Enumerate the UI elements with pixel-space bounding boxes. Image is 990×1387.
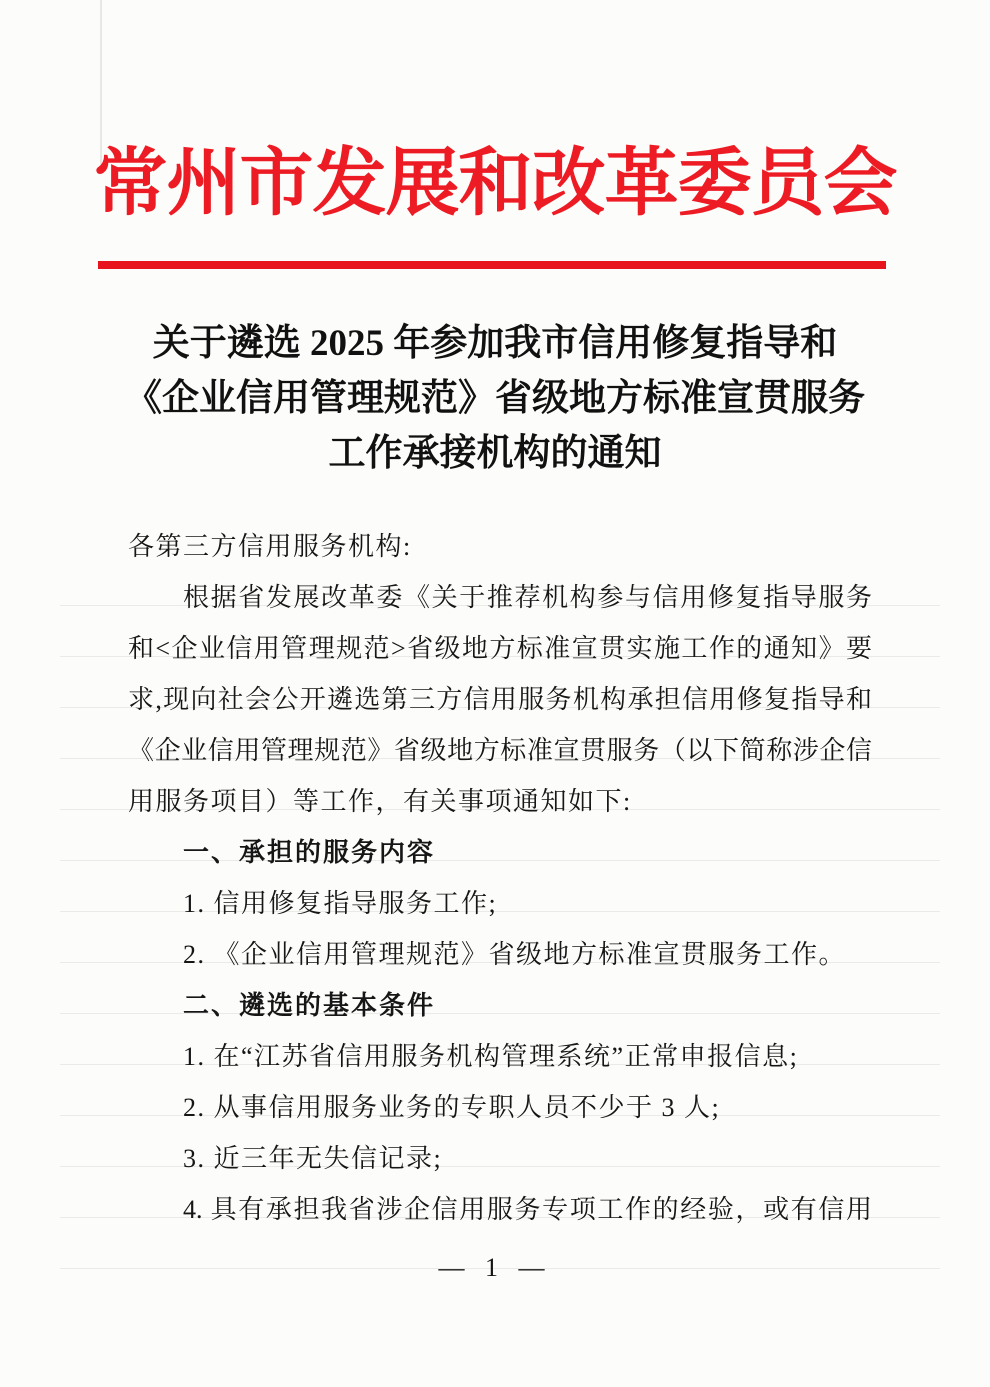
letterhead-separator-line	[98, 261, 886, 269]
list-item: 2. 《企业信用管理规范》省级地方标准宣贯服务工作。	[128, 929, 872, 980]
list-item: 2. 从事信用服务业务的专职人员不少于 3 人;	[128, 1082, 872, 1133]
section-heading-1: 一、承担的服务内容	[128, 827, 872, 878]
document-body: 各第三方信用服务机构: 根据省发展改革委《关于推荐机构参与信用修复指导服务 和<…	[128, 521, 872, 1235]
document-title-line-2: 《企业信用管理规范》省级地方标准宣贯服务	[60, 371, 930, 426]
paragraph-line: 用服务项目）等工作，有关事项通知如下:	[128, 776, 872, 827]
document-title-line-3: 工作承接机构的通知	[60, 426, 930, 481]
list-item: 3. 近三年无失信记录;	[128, 1133, 872, 1184]
document-title: 关于遴选 2025 年参加我市信用修复指导和 《企业信用管理规范》省级地方标准宣…	[60, 316, 930, 481]
section-heading-2: 二、遴选的基本条件	[128, 980, 872, 1031]
paragraph-line: 根据省发展改革委《关于推荐机构参与信用修复指导服务	[128, 572, 872, 623]
salutation-line: 各第三方信用服务机构:	[128, 521, 872, 572]
page-number: — 1 —	[0, 1252, 990, 1284]
document-title-line-1: 关于遴选 2025 年参加我市信用修复指导和	[60, 316, 930, 371]
list-item: 1. 在“江苏省信用服务机构管理系统”正常申报信息;	[128, 1031, 872, 1082]
paragraph-line: 和<企业信用管理规范>省级地方标准宣贯实施工作的通知》要	[128, 623, 872, 674]
letterhead-org-title: 常州市发展和改革委员会	[0, 134, 990, 234]
list-item: 4. 具有承担我省涉企信用服务专项工作的经验，或有信用	[128, 1184, 872, 1235]
document-page: 常州市发展和改革委员会 关于遴选 2025 年参加我市信用修复指导和 《企业信用…	[0, 0, 990, 1387]
list-item: 1. 信用修复指导服务工作;	[128, 878, 872, 929]
paragraph-line: 求,现向社会公开遴选第三方信用服务机构承担信用修复指导和	[128, 674, 872, 725]
paragraph-line: 《企业信用管理规范》省级地方标准宣贯服务（以下简称涉企信	[128, 725, 872, 776]
